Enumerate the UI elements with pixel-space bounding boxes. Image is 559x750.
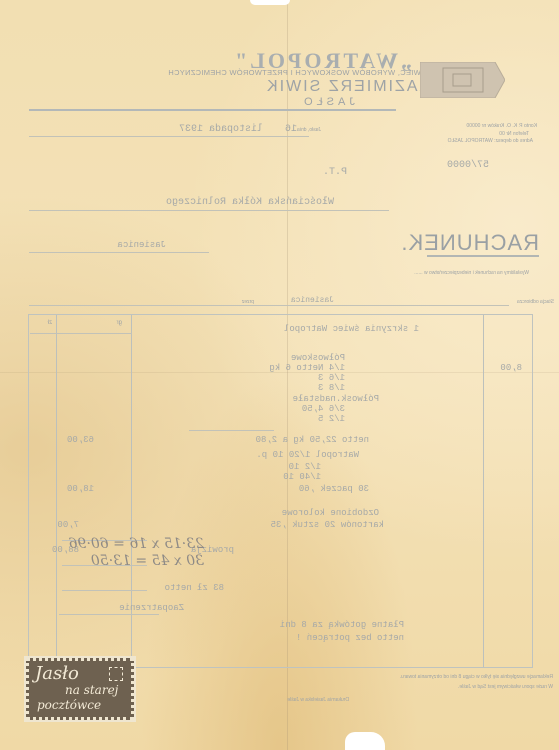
table-header-rule [30,333,132,334]
recipient-underline [29,210,389,211]
date-month-year: listopada 1937 [179,124,263,135]
paper-tear [345,732,385,750]
date-underline [29,136,309,137]
recipient-prefix: P.T. [323,167,347,178]
reference-number: 57/0000 [447,160,489,171]
shipping-underline [29,305,509,306]
col-header-zl: zł [48,320,52,326]
mirrored-document: „WATROPOL" FABRYKA ŚWIEC, WYROBÓW WOSKOW… [0,0,559,750]
city-underline [29,252,209,253]
contact-line-3: Adres do depesz: WATROPOL JASŁO [448,138,533,144]
handwritten-calc-1: 23·15 x 16 = 60·96 [69,536,204,552]
line-amount: 63,00 [67,435,94,445]
recipient-city: Jasienica [117,240,166,250]
line-item: 30 paczek ,60 [299,484,369,494]
recipient-name: Włościańska Kółka Rolniczego [166,197,334,208]
line-item: netto 22,50 kg a 2,80 [256,435,369,445]
handwritten-calc-2: 30 x 45 = 13·50 [91,553,204,569]
label-tag-graphic [420,62,505,98]
line-item: 1/40 10 [283,472,321,482]
line-item: 1/8 3 [318,383,345,393]
watermark-line-2: na starej [65,683,118,697]
subtotal-rule [189,430,274,431]
line-item: Półwoskowe [291,353,345,363]
line-item: 1/2 5 [318,414,345,424]
line-item: Płatne gotówką za 8 dni [280,620,404,630]
table-col-divider-3 [56,315,57,667]
place-date-label: Jasło, dnia [297,127,321,133]
document-title: RACHUNEK. [400,230,539,256]
footer-printer: Drukarnia Jasielska w Jaśle [287,697,349,703]
line-item: Watropol 1/20 10 p. [256,450,359,460]
line-item: 1 skrzynia świec Watropol [284,324,419,334]
line-item: Ozdobione kolorowe [282,508,379,518]
owner-name: KAZIMIERZ SIWIK [265,78,430,96]
watermark-line-1: Jasło [35,663,79,684]
line-item: 1/2 10 [289,462,321,472]
col-header-gr: gr [117,320,122,326]
table-col-divider-1 [483,315,484,667]
line-item: Zaopatrzenie [119,603,184,613]
footer-note-2: W razie sporu właściwym jest Sąd w Jaśle… [458,684,553,690]
line-item: kartonów 20 sztuk ,35 [271,520,384,530]
side-amount: 8,00 [500,363,522,373]
shipping-line: Wysłaliśmy na rachunek i niebezpieczeńst… [414,270,529,276]
contact-line-1: Konto P. K. O. Kraków nr 00000 [466,123,537,129]
amount-rule-3 [62,590,147,591]
watermark-badge: Jasło na starej pocztówce [26,658,134,720]
contact-line-2: Telefon Nr 00 [499,131,529,137]
line-item: 1/4 Netto 6 kg [269,363,345,373]
paper-tear-top [250,0,290,5]
carrier-value: Jasienica [291,296,334,305]
stamp-icon [109,667,123,681]
city-name: JASŁO [300,96,355,108]
line-item: 3/6 4,50 [302,404,345,414]
line-amount: 7,00 [57,520,79,530]
line-item: Półwosk.nadstałe [293,394,379,404]
line-amount: 18,00 [67,484,94,494]
date-day: 16 [285,124,297,135]
line-item: 1/6 3 [318,373,345,383]
amount-rule-4 [59,614,159,615]
watermark-line-3: pocztówce [37,698,101,712]
delivery-label: Stacja odbiorcza [517,299,554,305]
line-item: 83 zł netto [165,583,224,593]
footer-note-1: Reklamacje uwzględnia się tylko w ciągu … [400,674,553,680]
letterhead-rule [29,109,396,111]
title-underline [427,255,539,257]
line-item: netto bez potrąceń ! [296,633,404,643]
